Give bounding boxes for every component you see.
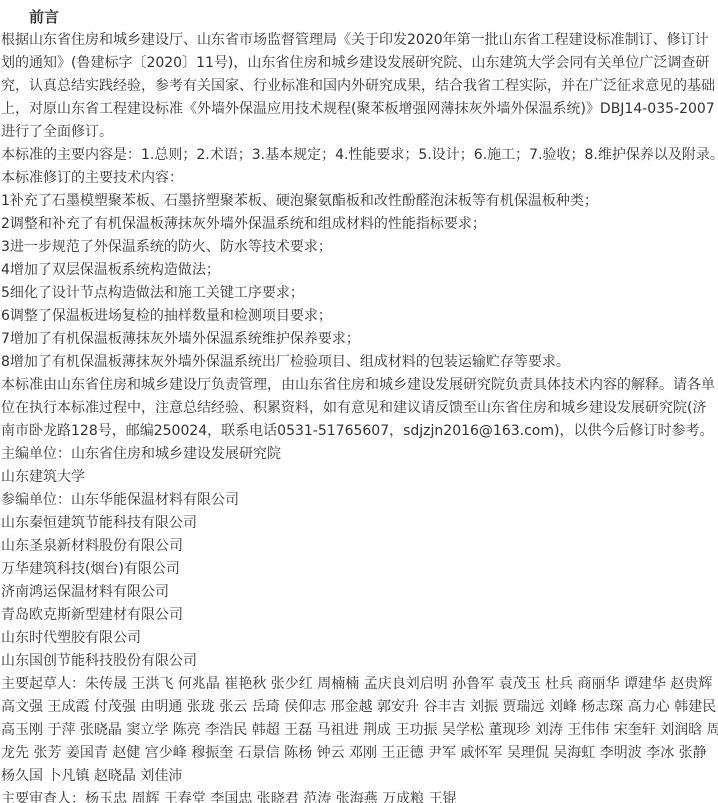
text-line: 上，对原山东省工程建设标准《外墙外保温应用技术规程(聚苯板增强网薄抹灰外墙外保温… [1,98,718,121]
text-line: 6调整了保温板进场复检的抽样数量和检测项目要求； [1,305,718,328]
text-line: 本标准的主要内容是：1.总则；2.术语；3.基本规定；4.性能要求；5.设计；6… [1,144,718,167]
text-line: 划的通知》(鲁建标字〔2020〕11号)，山东省住房和城乡建设发展研究院、山东建… [1,52,718,75]
text-line: 南市卧龙路128号，邮编250024，联系电话0531-51765607，sdj… [1,420,718,443]
text-line: 7增加了有机保温板薄抹灰外墙外保温系统维护保养要求； [1,328,718,351]
document-body: 根据山东省住房和城乡建设厅、山东省市场监督管理局《关于印发2020年第一批山东省… [0,29,718,803]
text-line: 主要起草人：朱传晟 王洪飞 何兆晶 崔艳秋 张少红 周楠楠 孟庆良刘启明 孙鲁军… [1,673,718,696]
text-line: 青岛欧克斯新型建材有限公司 [1,604,718,627]
text-line: 山东秦恒建筑节能科技有限公司 [1,512,718,535]
text-line: 进行了全面修订。 [1,121,718,144]
preface-document: 前言 根据山东省住房和城乡建设厅、山东省市场监督管理局《关于印发2020年第一批… [0,0,718,803]
text-line: 1补充了石墨模塑聚苯板、石墨挤塑聚苯板、硬泡聚氨酯板和改性酚醛泡沫板等有机保温板… [1,190,718,213]
text-line: 杨久国 卜凡镇 赵晓晶 刘佳沛 [1,765,718,788]
text-line: 8增加了有机保温板薄抹灰外墙外保温系统出厂检验项目、组成材料的包装运输贮存等要求… [1,351,718,374]
text-line: 主编单位：山东省住房和城乡建设发展研究院 [1,443,718,466]
text-line: 山东国创节能科技股份有限公司 [1,650,718,673]
text-line: 位在执行本标准过程中，注意总结经验、积累资料，如有意见和建议请反馈至山东省住房和… [1,397,718,420]
text-line: 2调整和补充了有机保温板薄抹灰外墙外保温系统和组成材料的性能指标要求； [1,213,718,236]
page-title: 前言 [29,6,718,29]
text-line: 济南鸿运保温材料有限公司 [1,581,718,604]
text-line: 参编单位：山东华能保温材料有限公司 [1,489,718,512]
text-line: 高文强 王成霞 付茂强 由明通 张珑 张云 岳琦 侯仰志 邢金越 郭安升 谷丰吉… [1,696,718,719]
text-line: 本标准由山东省住房和城乡建设厅负责管理，由山东省住房和城乡建设发展研究院负责具体… [1,374,718,397]
text-line: 万华建筑科技(烟台)有限公司 [1,558,718,581]
text-line: 山东时代塑胶有限公司 [1,627,718,650]
text-line: 3进一步规范了外保温系统的防火、防水等技术要求； [1,236,718,259]
text-line: 究，认真总结实践经验，参考有关国家、行业标准和国内外研究成果，结合我省工程实际，… [1,75,718,98]
text-line: 主要审查人：杨玉忠 周辉 王春堂 李国忠 张晓君 范涛 张海燕 万成粮 王锟 [1,788,718,803]
text-line: 山东建筑大学 [1,466,718,489]
text-line: 5细化了设计节点构造做法和施工关键工序要求； [1,282,718,305]
text-line: 本标准修订的主要技术内容： [1,167,718,190]
text-line: 龙先 张芳 姜国青 赵健 宫少峰 穆振奎 石景信 陈杨 钟云 邓刚 王正德 尹军… [1,742,718,765]
text-line: 高玉刚 于萍 张晓晶 窦立学 陈亮 李浩民 韩超 王磊 马祖进 荆成 王功振 吴… [1,719,718,742]
text-line: 4增加了双层保温板系统构造做法； [1,259,718,282]
text-line: 根据山东省住房和城乡建设厅、山东省市场监督管理局《关于印发2020年第一批山东省… [1,29,718,52]
text-line: 山东圣泉新材料股份有限公司 [1,535,718,558]
